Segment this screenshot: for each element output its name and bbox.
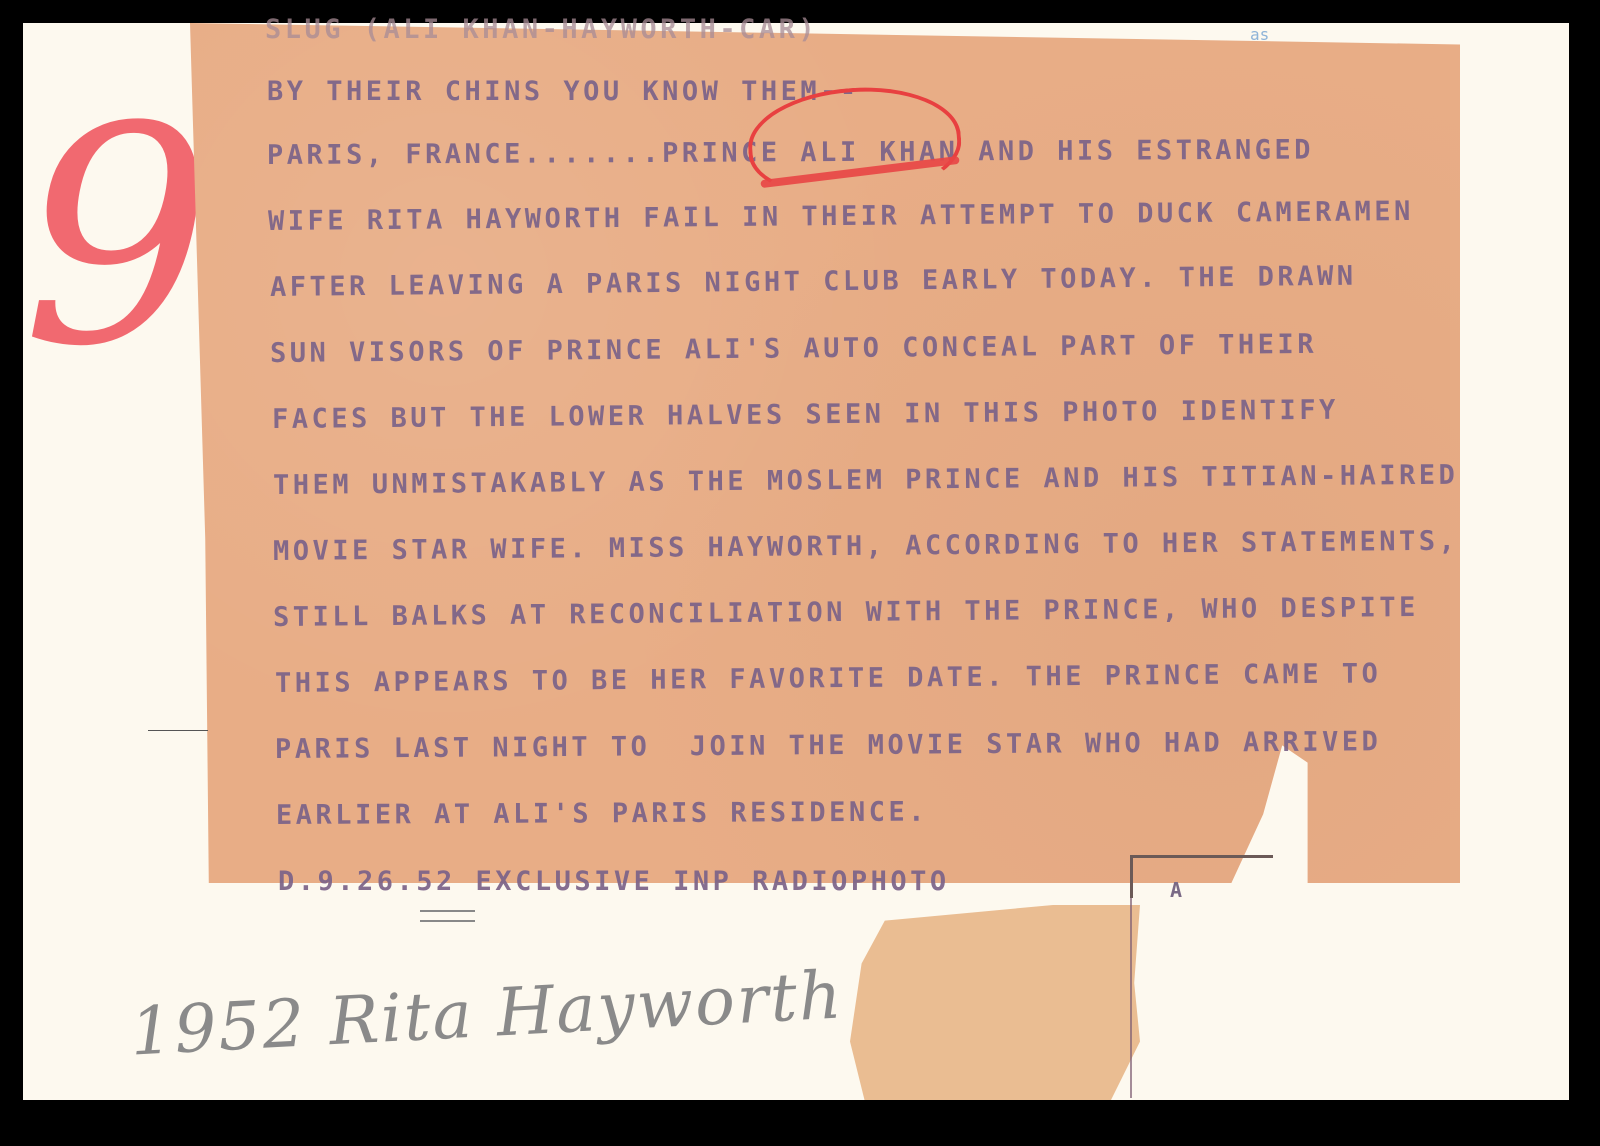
headline: BY THEIR CHINS YOU KNOW THEM-- (267, 76, 860, 107)
blue-ink-mark: as (1250, 25, 1269, 44)
date-underline (420, 910, 475, 922)
credit-line: D.9.26.52 EXCLUSIVE INP RADIOPHOTO (278, 866, 950, 897)
margin-tick (148, 730, 208, 731)
stamp-fragment: A (1170, 878, 1182, 902)
slug-line: SLUG (ALI KHAN-HAYWORTH-CAR) (265, 14, 818, 45)
body-line: EARLIER AT ALI'S PARIS RESIDENCE. (276, 797, 928, 831)
torn-paper-remnant (850, 905, 1140, 1100)
stamp-frame (1130, 855, 1273, 898)
stamp-line (1130, 898, 1132, 1098)
red-crayon-number: 9 (22, 88, 213, 388)
